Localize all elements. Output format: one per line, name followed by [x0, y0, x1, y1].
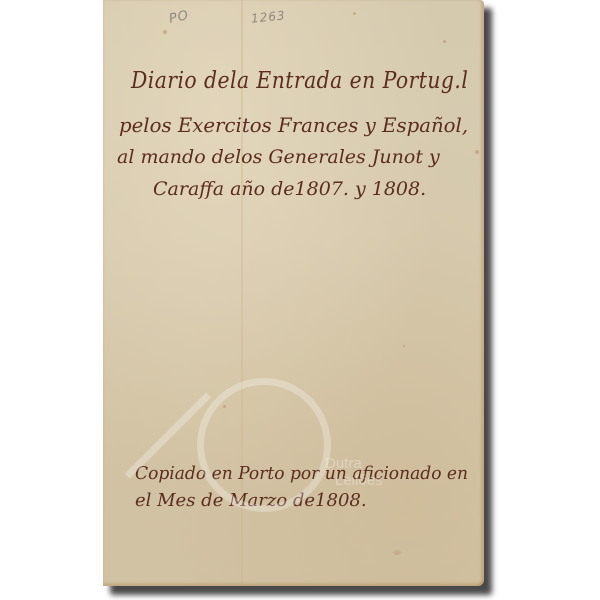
- watermark-text-line-1: Dutra: [325, 456, 362, 471]
- foxing-spot: [443, 40, 446, 43]
- foxing-spot: [403, 345, 405, 347]
- pencil-reference-mark: PO: [168, 8, 191, 27]
- watermark-text-line-2: Leilões: [335, 473, 383, 488]
- watermark-logo-icon: [197, 378, 331, 512]
- foxing-spot: [163, 30, 167, 34]
- foxing-spot: [475, 150, 479, 154]
- title-line-3: al mando delos Generales Junot y: [117, 146, 440, 168]
- title-line-4: Caraffa año de1807. y 1808.: [153, 178, 426, 200]
- foxing-spot: [393, 550, 401, 555]
- title-line-2: pelos Exercitos Frances y Español,: [119, 113, 468, 137]
- title-line-1: Diario dela Entrada en Portug.l: [131, 68, 468, 94]
- pencil-catalog-number: 1263: [250, 8, 286, 26]
- foxing-spot: [353, 12, 356, 15]
